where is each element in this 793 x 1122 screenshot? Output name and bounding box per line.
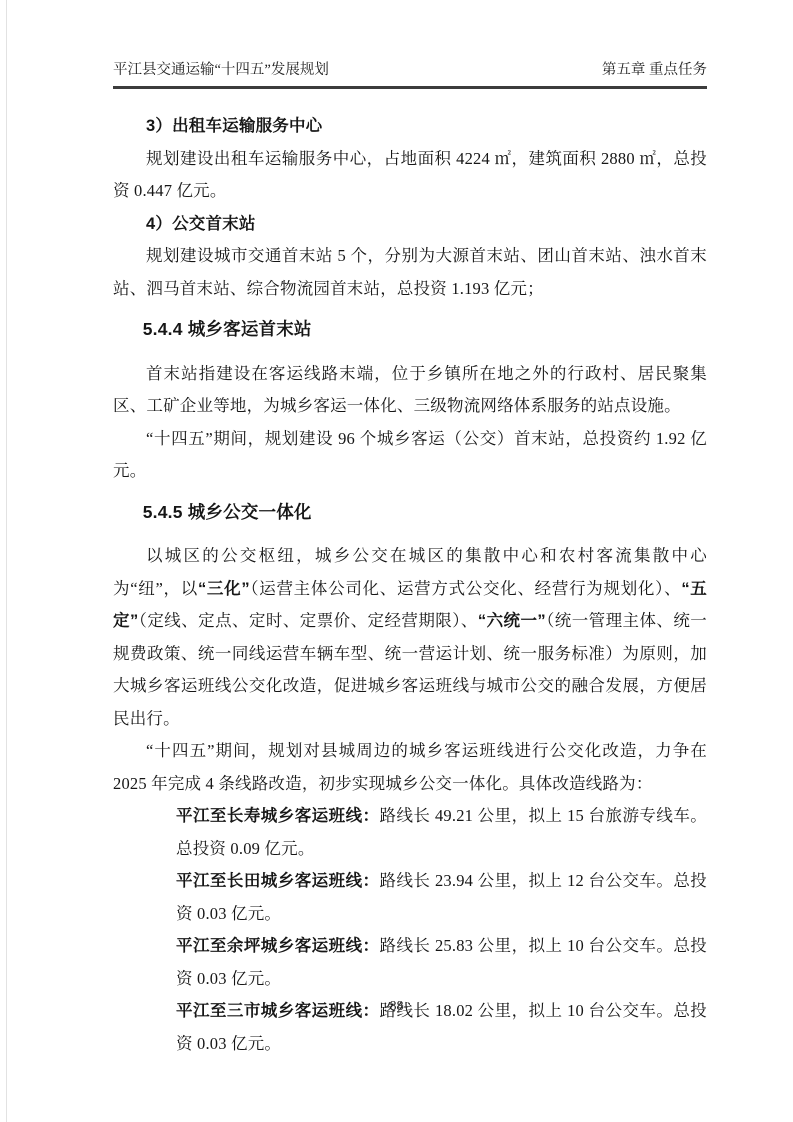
text-run: （定线、定点、定时、定票价、定经营期限）、	[138, 611, 478, 630]
paragraph-545-principle: 以城区的公交枢纽，城乡公交在城区的集散中心和农村客流集散中心为“纽”，以“三化”…	[113, 540, 707, 735]
route-name: 平江至长寿城乡客运班线：	[176, 806, 380, 825]
paragraph-545-plan: “十四五”期间，规划对县城周边的城乡客运班线进行公交化改造，力争在 2025 年…	[113, 735, 707, 800]
paragraph-544-definition: 首末站指建设在客运线路末端，位于乡镇所在地之外的行政村、居民聚集区、工矿企业等地…	[113, 358, 707, 423]
document-body: 3）出租车运输服务中心 规划建设出租车运输服务中心，占地面积 4224 ㎡，建筑…	[113, 110, 707, 1060]
document-page: 平江县交通运输“十四五”发展规划 第五章 重点任务 3）出租车运输服务中心 规划…	[0, 0, 793, 1122]
heading-section-5-4-4: 5.4.4 城乡客运首末站	[113, 313, 707, 346]
emphasis-term-liutongyi: “六统一”	[478, 612, 546, 630]
paragraph-544-plan: “十四五”期间，规划建设 96 个城乡客运（公交）首末站，总投资约 1.92 亿…	[113, 423, 707, 488]
route-name: 平江至余坪城乡客运班线：	[176, 936, 380, 955]
page-footer: -88-	[0, 999, 793, 1015]
route-item: 平江至余坪城乡客运班线：路线长 25.83 公里，拟上 10 台公交车。总投资 …	[176, 930, 707, 995]
page-header: 平江县交通运输“十四五”发展规划 第五章 重点任务	[113, 60, 707, 80]
paragraph-taxi-service-center: 规划建设出租车运输服务中心，占地面积 4224 ㎡，建筑面积 2880 ㎡，总投…	[113, 143, 707, 208]
paragraph-bus-terminus: 规划建设城市交通首末站 5 个，分别为大源首末站、团山首末站、浊水首末站、泗马首…	[113, 240, 707, 305]
route-item: 平江至长田城乡客运班线：路线长 23.94 公里，拟上 12 台公交车。总投资 …	[176, 865, 707, 930]
header-rule	[113, 86, 707, 89]
route-item: 平江至长寿城乡客运班线：路线长 49.21 公里，拟上 15 台旅游专线车。总投…	[176, 800, 707, 865]
heading-bus-terminus: 4）公交首末站	[113, 208, 707, 241]
heading-taxi-service-center: 3）出租车运输服务中心	[113, 110, 707, 143]
page-left-edge	[6, 0, 7, 1122]
emphasis-term-sanhua: “三化”	[198, 580, 250, 598]
route-name: 平江至长田城乡客运班线：	[176, 871, 380, 890]
page-number: -88-	[385, 999, 408, 1014]
heading-section-5-4-5: 5.4.5 城乡公交一体化	[113, 496, 707, 529]
text-run: （运营主体公司化、运营方式公交化、经营行为规划化）、	[250, 579, 682, 598]
header-chapter-title: 第五章 重点任务	[602, 60, 707, 80]
header-doc-title: 平江县交通运输“十四五”发展规划	[113, 60, 329, 80]
